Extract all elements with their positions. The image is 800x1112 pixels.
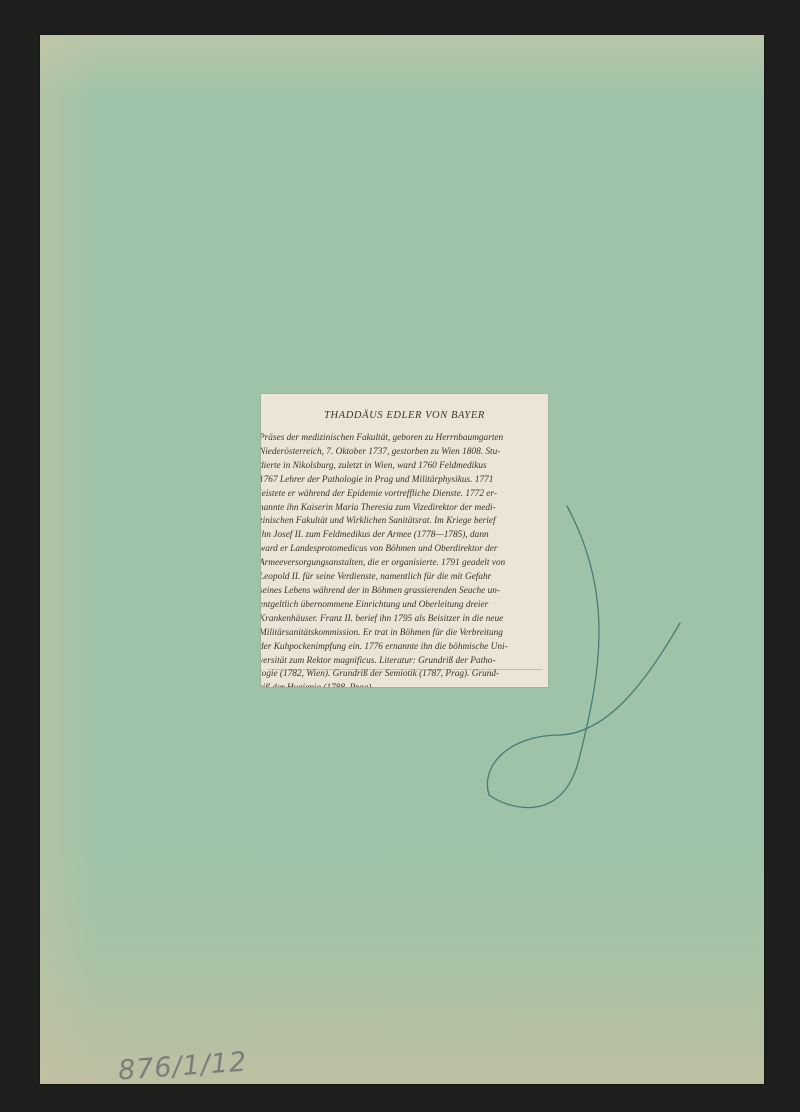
pen-loop-stroke: [40, 35, 764, 1084]
green-paper-sheet: THADDÄUS EDLER VON BAYER Präses der medi…: [40, 35, 764, 1084]
